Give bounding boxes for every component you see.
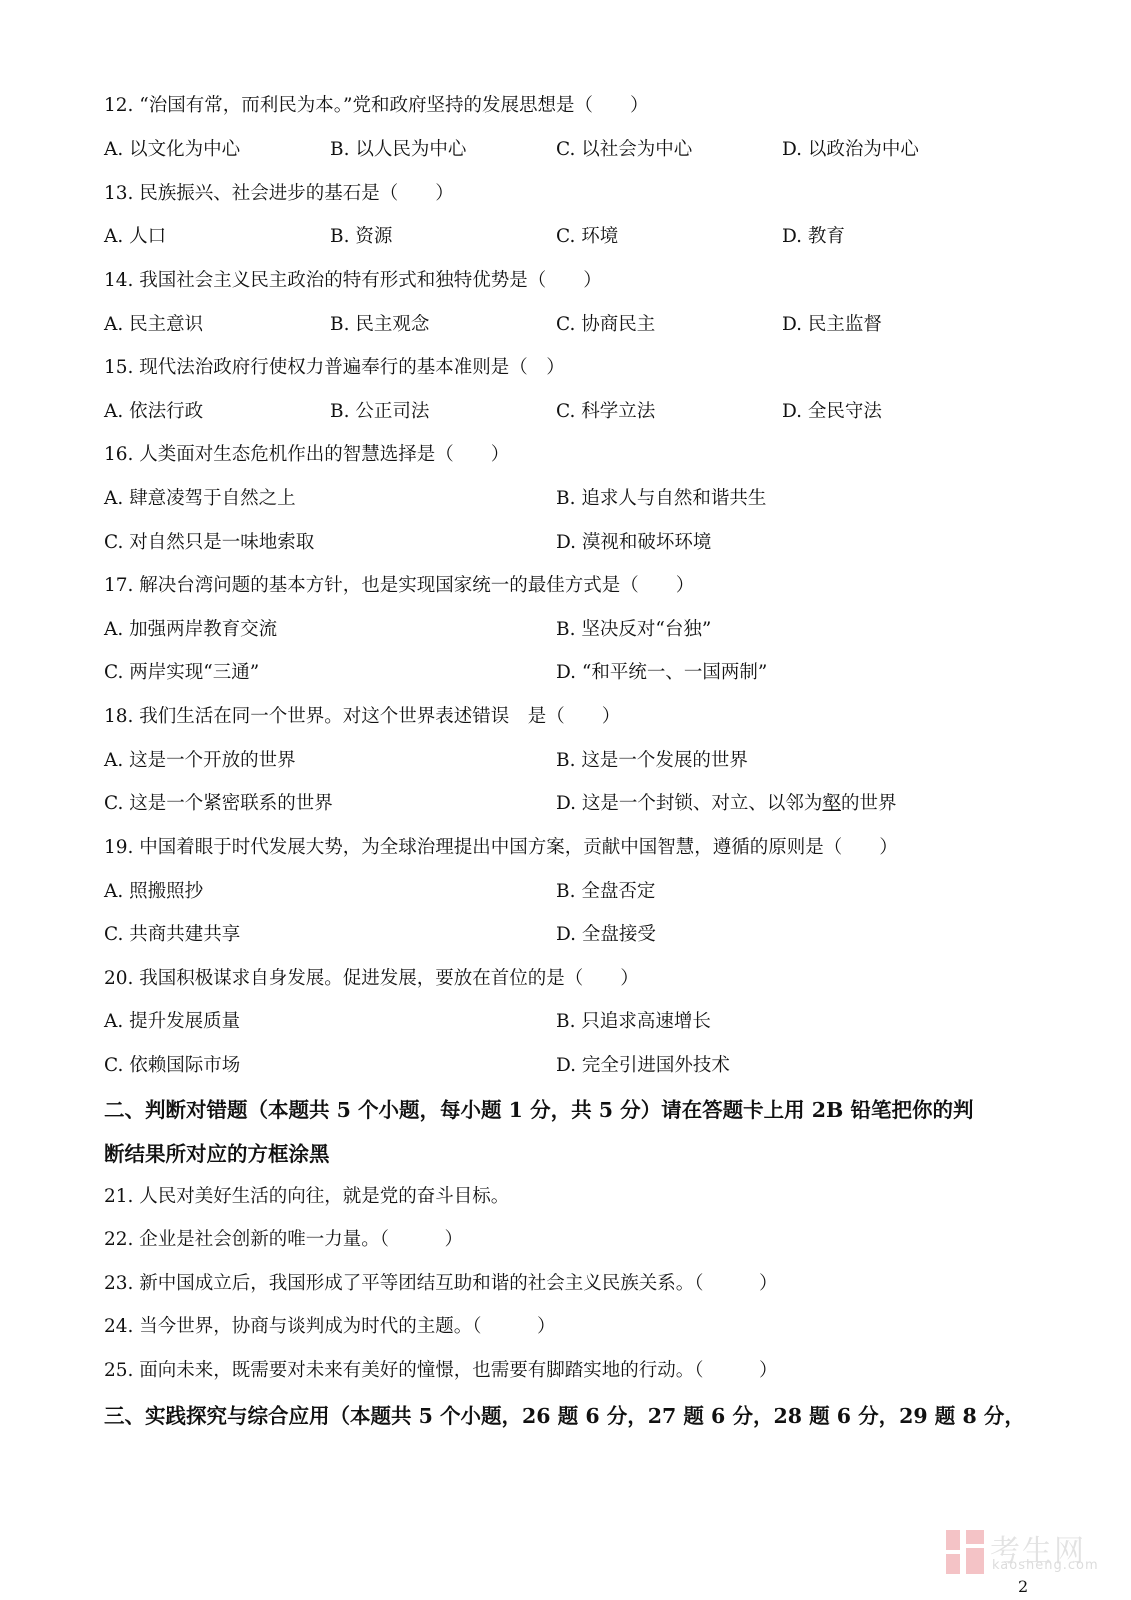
question-21: 21. 人民对美好生活的向往，就是党的奋斗目标。 <box>104 1184 509 1210</box>
question-16-stem: 16. 人类面对生态危机作出的智慧选择是（ ） <box>104 442 509 468</box>
q12-option-d: D. 以政治为中心 <box>782 137 919 163</box>
q15-option-a: A. 依法行政 <box>104 399 203 425</box>
q20-option-b: B. 只追求高速增长 <box>556 1009 711 1035</box>
q19-option-c: C. 共商共建共享 <box>104 922 240 948</box>
q16-option-a: A. 肆意凌驾于自然之上 <box>104 486 296 512</box>
q18-option-d-underlined-char: 壑 <box>822 793 841 814</box>
q13-option-c: C. 环境 <box>556 224 618 250</box>
watermark-logo: 考生网 kaosheng.com <box>946 1528 1106 1578</box>
q15-option-c: C. 科学立法 <box>556 399 655 425</box>
q16-option-d: D. 漠视和破坏环境 <box>556 530 711 556</box>
q18-option-d: D. 这是一个封锁、对立、以邻为壑的世界 <box>556 791 896 817</box>
question-22: 22. 企业是社会创新的唯一力量。（ ） <box>104 1227 463 1253</box>
q15-option-b: B. 公正司法 <box>330 399 429 425</box>
logo-mark-icon <box>946 1530 984 1574</box>
question-12-stem: 12. “治国有常，而利民为本。”党和政府坚持的发展思想是（ ） <box>104 93 648 119</box>
q14-option-c: C. 协商民主 <box>556 312 655 338</box>
watermark-en-text: kaosheng.com <box>992 1558 1099 1573</box>
section-3-heading-line1: 三、实践探究与综合应用（本题共 5 个小题，26 题 6 分，27 题 6 分，… <box>104 1402 1025 1430</box>
question-18-stem: 18. 我们生活在同一个世界。对这个世界表述错误 是（ ） <box>104 704 620 730</box>
q18-option-d-suffix: 的世界 <box>841 793 897 814</box>
section-2-heading-line1: 二、判断对错题（本题共 5 个小题，每小题 1 分，共 5 分）请在答题卡上用 … <box>104 1096 973 1124</box>
question-19-stem: 19. 中国着眼于时代发展大势，为全球治理提出中国方案，贡献中国智慧，遵循的原则… <box>104 835 898 861</box>
q17-option-d: D. “和平统一、一国两制” <box>556 660 767 686</box>
q12-option-c: C. 以社会为中心 <box>556 137 692 163</box>
q16-option-c: C. 对自然只是一味地索取 <box>104 530 314 556</box>
question-20-stem: 20. 我国积极谋求自身发展。促进发展，要放在首位的是（ ） <box>104 966 639 992</box>
question-13-stem: 13. 民族振兴、社会进步的基石是（ ） <box>104 181 454 207</box>
page-number: 2 <box>1018 1577 1028 1596</box>
q14-option-b: B. 民主观念 <box>330 312 429 338</box>
q12-option-b: B. 以人民为中心 <box>330 137 466 163</box>
section-2-heading-line2: 断结果所对应的方框涂黑 <box>104 1140 330 1168</box>
q19-option-b: B. 全盘否定 <box>556 879 655 905</box>
q13-option-d: D. 教育 <box>782 224 845 250</box>
q17-option-b: B. 坚决反对“台独” <box>556 617 711 643</box>
q16-option-b: B. 追求人与自然和谐共生 <box>556 486 766 512</box>
question-15-stem: 15. 现代法治政府行使权力普遍奉行的基本准则是（ ） <box>104 355 565 381</box>
q20-option-a: A. 提升发展质量 <box>104 1009 240 1035</box>
q18-option-b: B. 这是一个发展的世界 <box>556 748 748 774</box>
question-24: 24. 当今世界，协商与谈判成为时代的主题。（ ） <box>104 1314 556 1340</box>
question-25: 25. 面向未来，既需要对未来有美好的憧憬，也需要有脚踏实地的行动。（ ） <box>104 1358 778 1384</box>
q13-option-b: B. 资源 <box>330 224 392 250</box>
q18-option-d-text: D. 这是一个封锁、对立、以邻为 <box>556 793 822 814</box>
question-17-stem: 17. 解决台湾问题的基本方针，也是实现国家统一的最佳方式是（ ） <box>104 573 694 599</box>
q18-option-c: C. 这是一个紧密联系的世界 <box>104 791 333 817</box>
q18-option-a: A. 这是一个开放的世界 <box>104 748 296 774</box>
q17-option-a: A. 加强两岸教育交流 <box>104 617 277 643</box>
q19-option-a: A. 照搬照抄 <box>104 879 203 905</box>
q15-option-d: D. 全民守法 <box>782 399 882 425</box>
q19-option-d: D. 全盘接受 <box>556 922 656 948</box>
q12-option-a: A. 以文化为中心 <box>104 137 240 163</box>
q14-option-a: A. 民主意识 <box>104 312 203 338</box>
q17-option-c: C. 两岸实现“三通” <box>104 660 259 686</box>
q20-option-c: C. 依赖国际市场 <box>104 1053 240 1079</box>
question-23: 23. 新中国成立后，我国形成了平等团结互助和谐的社会主义民族关系。（ ） <box>104 1271 778 1297</box>
q13-option-a: A. 人口 <box>104 224 166 250</box>
q20-option-d: D. 完全引进国外技术 <box>556 1053 730 1079</box>
question-14-stem: 14. 我国社会主义民主政治的特有形式和独特优势是（ ） <box>104 268 602 294</box>
q14-option-d: D. 民主监督 <box>782 312 882 338</box>
